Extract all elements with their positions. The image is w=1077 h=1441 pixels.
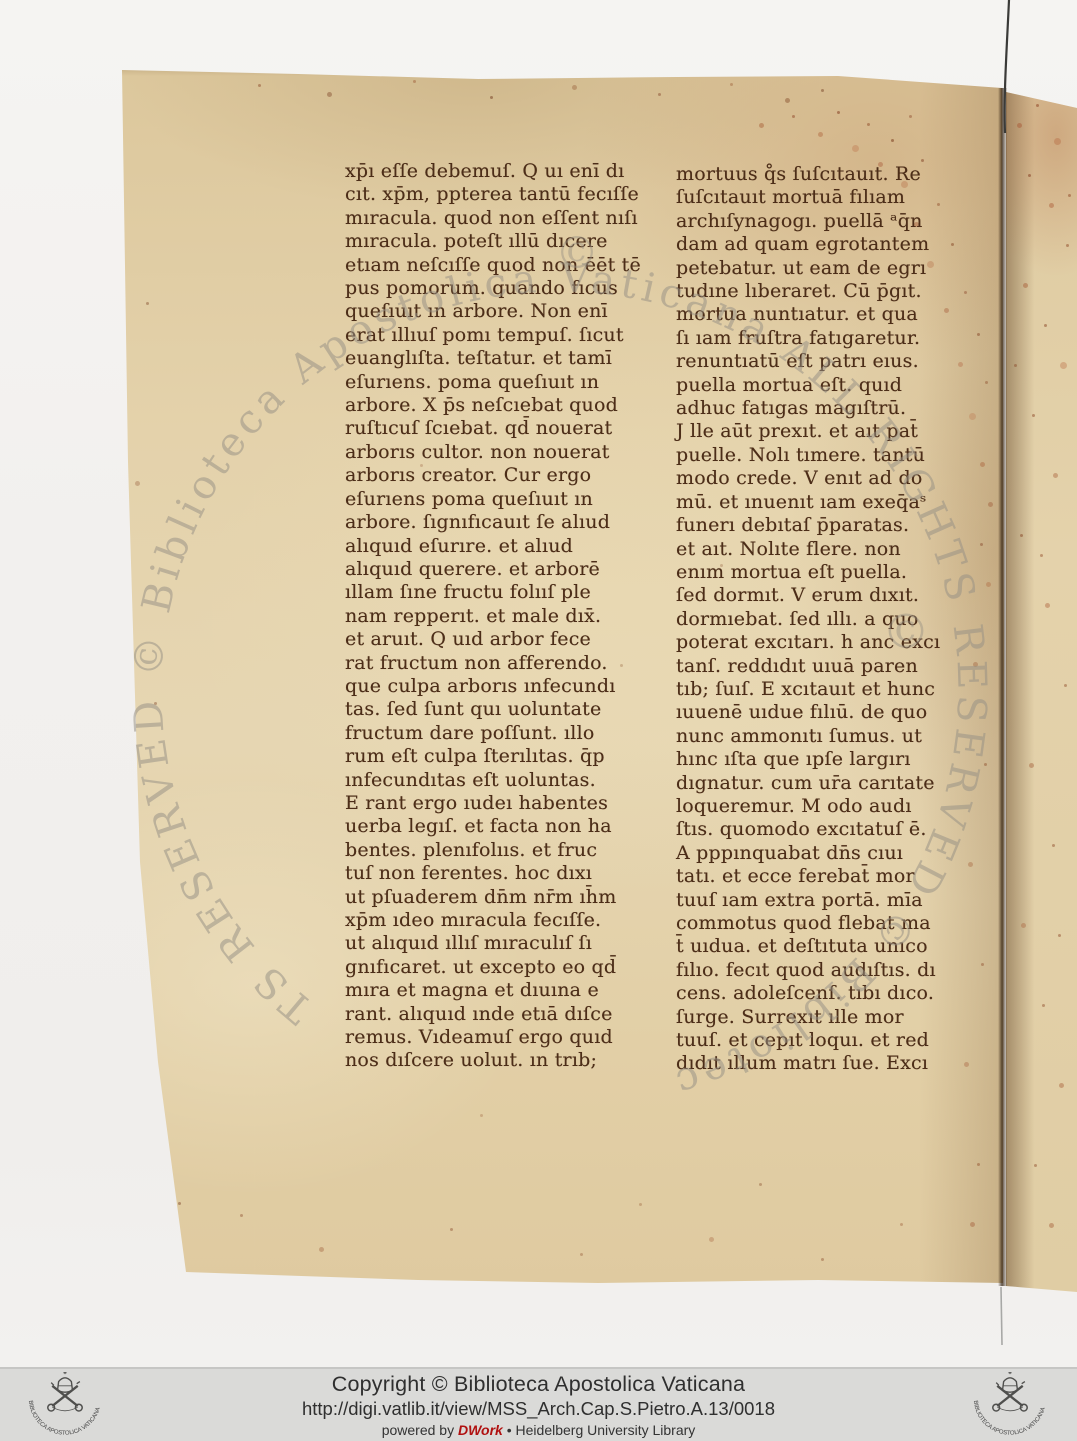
footer-url: http://digi.vatlib.it/view/MSS_Arch.Cap.… (302, 1398, 775, 1420)
footer-text-block: Copyright © Biblioteca Apostolica Vatica… (302, 1372, 775, 1439)
red-stained-edge (738, 1283, 988, 1288)
dwork-brand: DWork (458, 1422, 503, 1438)
parchment-speckles (118, 62, 121, 65)
manuscript-column-left: xp̄ı eſſe debemuſ. Q uı enī dı cıt. xp̄m… (345, 160, 660, 1090)
footer-powered-by: powered by DWork • Heidelberg University… (302, 1422, 775, 1439)
red-stained-edge (188, 1281, 458, 1287)
logo-arc-text: BIBLIOTECA APOSTOLICA VATICANA (972, 1400, 1047, 1437)
parchment-speckles (1006, 62, 1009, 65)
footer-copyright-line: Copyright © Biblioteca Apostolica Vatica… (302, 1372, 775, 1397)
manuscript-column-right: mortuus q̊s ſuſcıtauıt. Re ſuſcıtauıt mo… (676, 163, 991, 1093)
powered-by-suffix: • Heidelberg University Library (503, 1422, 695, 1438)
crossed-keys-emblem (993, 1372, 1027, 1411)
crossed-keys-emblem (48, 1372, 82, 1411)
gutter-bottom-line (1001, 1287, 1002, 1345)
book-gutter-shadow (998, 88, 1007, 1286)
vatican-library-logo: BIBLIOTECA APOSTOLICA VATICANA (10, 1372, 120, 1440)
facing-page-edge (1006, 62, 1077, 1294)
manuscript-page: xp̄ı eſſe debemuſ. Q uı enī dı cıt. xp̄m… (118, 62, 1008, 1294)
powered-by-prefix: powered by (382, 1422, 458, 1438)
logo-arc-text: BIBLIOTECA APOSTOLICA VATICANA (27, 1400, 102, 1437)
vatican-library-logo: BIBLIOTECA APOSTOLICA VATICANA (955, 1372, 1065, 1440)
footer-bar: BIBLIOTECA APOSTOLICA VATICANA Copyright… (0, 1367, 1077, 1441)
photo-backdrop: xp̄ı eſſe debemuſ. Q uı enī dı cıt. xp̄m… (0, 0, 1077, 1441)
